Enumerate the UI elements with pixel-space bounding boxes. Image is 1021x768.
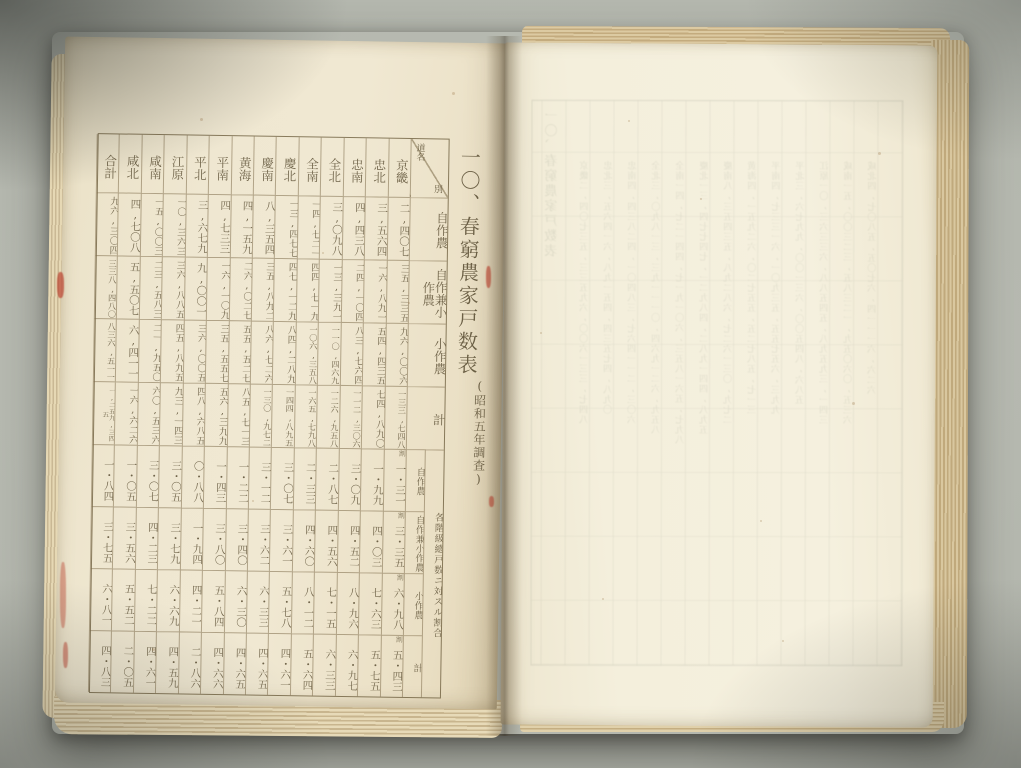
count-cell: 八三,七六四 [340, 322, 363, 385]
province-header: 平北 [186, 135, 209, 193]
ratio-cell: 三・七九 [157, 507, 180, 569]
ratio-cell: 五・七五 [357, 634, 380, 696]
province-header: 忠北 [365, 138, 388, 196]
count-cell: 一三三,七四八 [383, 386, 406, 449]
ratio-cell: 七・一五 [313, 572, 336, 634]
count-cell: 四,七〇八 [117, 192, 140, 255]
count-cell: 三六,八八五 [161, 256, 184, 319]
ratio-cell: 二・八六 [178, 631, 201, 693]
province-header: 合計 [96, 134, 119, 192]
ratio-unit-marker: 割 [398, 513, 405, 520]
ratio-cell: 四・五二 [337, 510, 360, 572]
row-label-count: 自作農 [409, 197, 448, 261]
count-cell: 四四,七一九 [296, 258, 319, 321]
ghost-text-column: 全北三,〇九八一三,三九一一一〇,四六九一二六,九五八 [653, 161, 663, 661]
right-page-blank: 一〇、春窮農家戸数表京畿二,四〇七三五,三三五九六,〇〇六一三三,七四八忠北三,… [501, 43, 938, 728]
ratio-cell: 一・九九 [360, 448, 383, 510]
row-label-ratio: 計 [402, 635, 422, 697]
ghost-text-column: 黄海四,一五九二六,〇二七五五,五二七八五,七一三 [749, 161, 759, 661]
ghost-text-column: 平北三,六七九九,〇〇一三六,〇〇五四八,六八五 [797, 161, 807, 661]
ratio-section-label: 各階級總戸数ニ対スル割合 [421, 449, 444, 697]
ratio-cell: 一・二二 [225, 446, 248, 508]
ratio-cell: 一・八四 [91, 444, 114, 506]
province-header: 黄海 [230, 136, 253, 194]
ratio-cell: 三・六二 [247, 508, 270, 570]
ratio-cell: 四・〇三 [359, 510, 382, 572]
count-cell: 一三,四七七 [274, 195, 297, 258]
row-label-ratio: 自作農 [405, 449, 425, 511]
ratio-cell: 五・五二 [111, 568, 134, 630]
ratio-cell: 〇・八八 [181, 445, 204, 507]
count-cell: 二,四〇七 [386, 197, 409, 260]
count-cell: 四,一五九 [229, 194, 252, 257]
province-header: 咸南 [141, 135, 164, 193]
corner-label-province: 道名 [414, 143, 423, 161]
province-header: 忠南 [343, 138, 366, 196]
ratio-cell: 六・三三 [246, 570, 269, 632]
ratio-cell: 四・六一 [267, 633, 290, 695]
ghost-title: 一〇、春窮農家戸数表 [543, 109, 563, 649]
count-cell: 八,三五四 [252, 195, 275, 258]
count-cell: 六〇,五三六 [137, 382, 160, 445]
ratio-cell: 四・六五 [245, 632, 268, 694]
ratio-cell: 五・七八 [268, 571, 291, 633]
ghost-text-column: 忠北三,五六四一六,八九一五四,四三五七四,八九〇 [605, 161, 615, 661]
count-cell: 三,〇九八 [319, 196, 342, 259]
count-cell: 一六五,七九八 [294, 384, 317, 447]
ratio-cell: 三・〇七 [136, 445, 159, 507]
ratio-cell: 八・九六 [336, 572, 359, 634]
statistics-table: 道名別自作農自作兼小作農小作農計各階級總戸数ニ対スル割合自作農自作兼小作農小作農… [89, 133, 450, 698]
ratio-cell: 一・四三 [203, 446, 226, 508]
ratio-cell: 三・〇九 [338, 448, 361, 510]
count-cell: 三六,〇〇五 [183, 319, 206, 382]
count-cell: 二三,五八三 [139, 256, 162, 319]
ratio-cell: 四・六六 [200, 632, 223, 694]
count-cell: 五,五〇七 [116, 255, 139, 318]
count-cell: 二一,九五〇 [138, 319, 161, 382]
count-cell: 八五,七一三 [226, 383, 249, 446]
count-cell: 四八,六八五 [182, 382, 205, 445]
row-label-count: 自作兼小作農 [408, 260, 447, 324]
ratio-cell: 二・〇五 [110, 630, 133, 692]
ratio-cell: 三・一二 [248, 447, 271, 509]
count-cell: 九六,〇〇六 [384, 323, 407, 386]
province-header: 咸北 [118, 134, 141, 192]
count-cell: 七四,八九〇 [361, 385, 384, 448]
count-cell: 三,六七九 [185, 193, 208, 256]
ratio-cell: 八・一二 [291, 571, 314, 633]
ratio-cell: 一・九四 [180, 507, 203, 569]
count-cell: 三五,三三五 [385, 260, 408, 323]
corner-label-category: 別 [431, 184, 444, 193]
ratio-cell: 四・二三 [135, 507, 158, 569]
count-cell: 一三〇,九七二 [249, 384, 272, 447]
row-label-ratio: 自作兼小作農 [404, 511, 424, 573]
count-cell: 二六,〇二七 [228, 257, 251, 320]
count-cell: 一六,一〇九 [206, 257, 229, 320]
province-header: 慶北 [275, 137, 298, 195]
count-cell: 一二六,九五八 [316, 385, 339, 448]
ghost-text-column: 忠南四,四三八二四,一〇四八三,七六四一一二,三〇六 [629, 161, 639, 661]
ghost-text-column: 京畿二,四〇七三五,三三五九六,〇〇六一三三,七四八 [581, 161, 591, 661]
count-cell: 二四,一〇四 [341, 259, 364, 322]
ratio-cell: 一・〇五 [113, 444, 136, 506]
row-label-ratio: 小作農 [403, 573, 423, 635]
count-cell: 四,四三八 [342, 196, 365, 259]
count-cell: 六,四一一 [115, 318, 138, 381]
count-cell: 三三八,四八〇 [94, 255, 117, 318]
ratio-cell: 四・六五 [223, 632, 246, 694]
ratio-cell: 七・二二 [134, 569, 157, 631]
ratio-unit-marker: 割 [397, 575, 404, 582]
count-cell: 一一〇,四六九 [317, 322, 340, 385]
count-cell: 一六,六二六 [114, 381, 137, 444]
count-cell: 五四,四三五 [362, 322, 385, 385]
ratio-cell: 三・五六 [112, 506, 135, 568]
count-cell: 八三六,五一一 [93, 318, 116, 381]
province-header: 慶南 [253, 137, 276, 195]
count-cell: 一六,八九一 [363, 259, 386, 322]
ratio-cell: 三・六一 [269, 509, 292, 571]
ratio-cell: 四・五九 [155, 631, 178, 693]
count-cell: 一,二五九,三四五 [92, 381, 115, 444]
count-cell: 一五,〇〇三 [140, 193, 163, 256]
ratio-cell: 五・六四 [290, 633, 313, 695]
count-cell: 四,七三三 [207, 194, 230, 257]
count-cell: 三五,五五七 [205, 320, 228, 383]
left-page: 一〇、春窮農家戸数表 (昭和五年調査) 道名別自作農自作兼小作農小作農計各階級總… [55, 37, 507, 710]
row-label-count: 計 [406, 386, 445, 450]
count-cell: 一四四,八九五 [271, 384, 294, 447]
ratio-cell: 六・六九 [156, 569, 179, 631]
ratio-unit-marker: 割 [396, 637, 403, 644]
ghost-text-column: 咸南一五,〇〇三二三,五八三二一,九五〇六〇,五三六 [845, 161, 855, 661]
ratio-cell: 五・四三割 [380, 635, 403, 697]
ratio-cell: 四・六〇 [292, 509, 315, 571]
count-cell: 一〇六,三五八 [295, 321, 318, 384]
ghost-text-column: 咸北四,七〇八五,五〇七六,四一一一六,六二六 [869, 161, 879, 661]
ghost-text-column: 全南一四,七二一四四,七一九一〇六,三五八一六五,七九八 [677, 161, 687, 661]
count-cell: 四五,八九五 [160, 319, 183, 382]
ghost-text-column: 慶北一三,四七七四七,一二九八四,二八九一四四,八九五 [701, 161, 711, 661]
count-cell: 一三,三九一 [318, 259, 341, 322]
ratio-cell: 三・三五割 [381, 511, 404, 573]
row-label-count: 小作農 [407, 323, 446, 387]
ratio-cell: 二・八七 [315, 448, 338, 510]
ratio-cell: 四・八三 [88, 630, 111, 692]
count-cell: 九三,一四三 [159, 382, 182, 445]
province-header: 平南 [208, 136, 231, 194]
ratio-cell: 三・〇七 [270, 447, 293, 509]
count-cell: 一一二,三〇六 [339, 385, 362, 448]
count-cell: 八六,七二六 [250, 321, 273, 384]
ratio-cell: 三・四〇 [224, 508, 247, 570]
count-cell: 四七,一二九 [273, 258, 296, 321]
count-cell: 五六,三九九 [204, 383, 227, 446]
ratio-cell: 六・九八割 [380, 573, 403, 635]
corner-cell: 道名別 [410, 139, 449, 198]
ratio-unit-marker: 割 [399, 451, 406, 458]
count-cell: 五五,五二七 [227, 320, 250, 383]
province-header: 全南 [298, 137, 321, 195]
ratio-cell: 六・八一 [89, 568, 112, 630]
ratio-cell: 六・九七 [335, 634, 358, 696]
ghost-text-column: 慶南八,三五四三五,八九二八六,七二六一三〇,九七二 [725, 161, 735, 661]
ghost-bleedthrough-table: 一〇、春窮農家戸数表京畿二,四〇七三五,三三五九六,〇〇六一三三,七四八忠北三,… [531, 100, 904, 667]
count-cell: 一〇,三六三 [162, 193, 185, 256]
ratio-cell: 一・三一割 [382, 449, 405, 511]
count-cell: 一四,七二一 [297, 195, 320, 258]
ratio-cell: 二・三三 [293, 447, 316, 509]
ghost-text-column: 江原一〇,三六三三六,八八五四五,八九五九三,一四三 [821, 161, 831, 661]
ratio-cell: 五・八四 [201, 570, 224, 632]
photo-of-open-book: 一〇、春窮農家戸数表 (昭和五年調査) 道名別自作農自作兼小作農小作農計各階級總… [0, 0, 1021, 768]
ghost-text-column: 平南四,七三三一六,一〇九三五,五五七五六,三九九 [773, 161, 783, 661]
count-cell: 九,〇〇一 [184, 256, 207, 319]
province-header: 京畿 [387, 139, 410, 197]
province-header: 全北 [320, 138, 343, 196]
ratio-cell: 三・七五 [90, 506, 113, 568]
count-cell: 三,五六四 [364, 196, 387, 259]
ratio-cell: 四・六一 [133, 631, 156, 693]
province-header: 江原 [163, 135, 186, 193]
ratio-cell: 六・三三 [312, 634, 335, 696]
page-subtitle: (昭和五年調査) [471, 379, 486, 559]
count-cell: 三五,八九二 [251, 258, 274, 321]
ratio-cell: 四・五六 [314, 510, 337, 572]
ratio-cell: 四・二一 [179, 569, 202, 631]
count-cell: 八四,二八九 [272, 321, 295, 384]
ratio-cell: 三・〇五 [158, 445, 181, 507]
ratio-cell: 三・八〇 [202, 508, 225, 570]
count-cell: 九六,三〇四 [95, 192, 118, 255]
ratio-cell: 六・三〇 [224, 570, 247, 632]
ratio-cell: 七・六三 [358, 572, 381, 634]
